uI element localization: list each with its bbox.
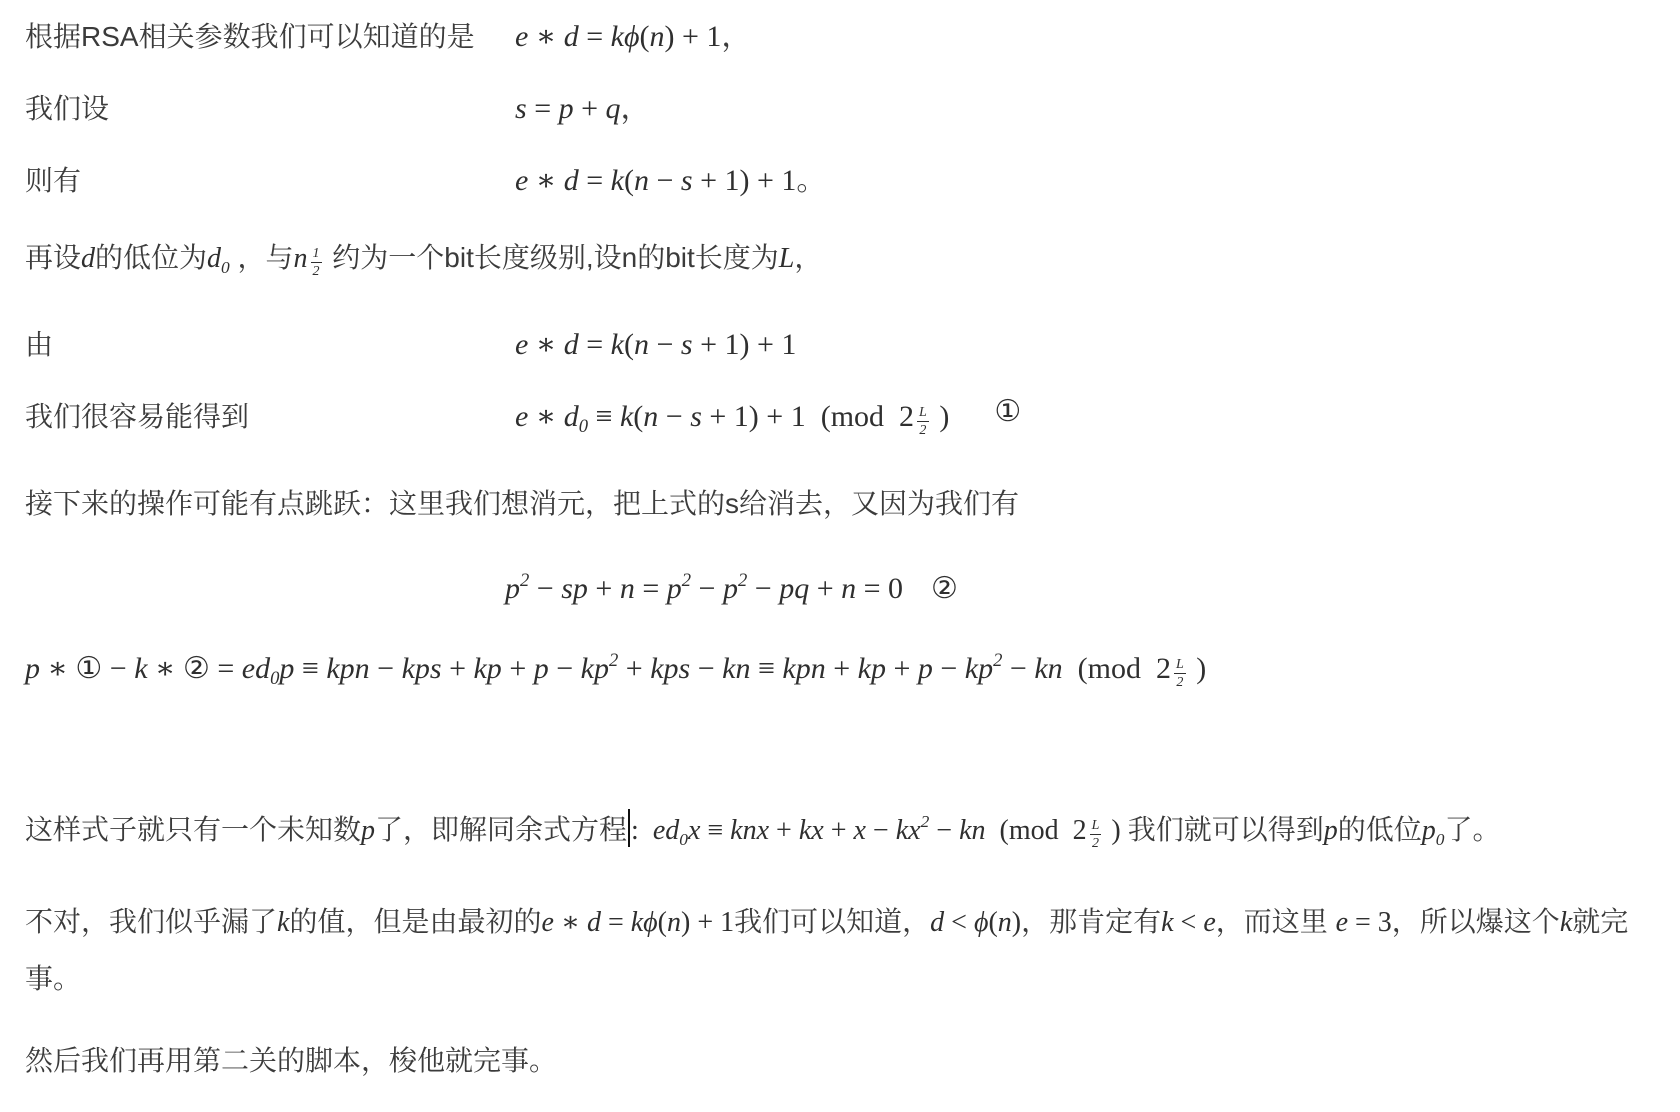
math-operator: ≡: [294, 652, 326, 685]
math-variable: d: [564, 20, 579, 53]
fraction-denominator: 2: [313, 263, 320, 279]
text-run: 的低位: [1338, 814, 1422, 845]
math-variable: q: [606, 92, 621, 125]
math-expression: p2 − sp + n = p2 − p2 − pq + n = 0: [505, 572, 903, 605]
math-operator: + 1) + 1 (mod 2: [702, 400, 914, 433]
math-operator: −: [649, 164, 681, 197]
math-operator: ∗: [148, 652, 183, 685]
text-run: 约为一个bit长度级别,设n的bit长度为: [325, 242, 779, 273]
formula-label: 我们设: [25, 86, 515, 132]
equation-ref-icon: ①: [75, 652, 102, 685]
math-operator: + 1) + 1: [693, 328, 797, 361]
math-variable: e: [1203, 907, 1215, 938]
math-variable: p: [1422, 815, 1436, 846]
math-subscript: 0: [679, 830, 688, 849]
math-variable: d: [564, 400, 579, 433]
text-run: 。: [796, 164, 826, 197]
math-operator: =: [579, 164, 611, 197]
formula-label: 根据RSA相关参数我们可以知道的是: [25, 14, 515, 60]
math-operator: (mod 2: [1063, 652, 1171, 685]
math-variable: kpn: [782, 652, 825, 685]
paragraph: 再设d的低位为d0 ，与n12 约为一个bit长度级别,设n的bit长度为L，: [25, 230, 1655, 296]
math-operator: (mod 2: [986, 815, 1087, 846]
math-variable: n: [998, 907, 1012, 938]
display-equation: p2 − sp + n = p2 − p2 − pq + n = 0②: [25, 558, 1655, 612]
text-run: 了。: [1444, 814, 1500, 845]
math-variable: p: [534, 652, 549, 685]
fraction-denominator: 2: [1092, 835, 1099, 851]
text-run: 然后我们再用第二关的脚本，梭他就完事。: [25, 1045, 557, 1076]
formula-row: 则有e ∗ d = k(n − s + 1) + 1。: [25, 158, 1655, 204]
text-run: 接下来的操作可能有点跳跃：这里我们想消元，把上式的s给消去，又因为我们有: [25, 488, 1019, 519]
math-subscript: 0: [579, 416, 588, 437]
math-variable: ϕ: [643, 907, 658, 938]
math-operator: −: [933, 652, 965, 685]
math-operator: ) + 1: [681, 907, 734, 938]
math-variable: d: [587, 907, 601, 938]
math-operator: = 3: [1348, 907, 1392, 938]
text-run: ，: [794, 242, 822, 273]
math-variable: n: [841, 572, 856, 605]
text-run: 的低位为: [95, 242, 207, 273]
math-variable: d: [564, 328, 579, 361]
math-operator: +: [588, 572, 620, 605]
math-operator: ): [1104, 815, 1127, 846]
math-operator: −: [102, 652, 134, 685]
math-variable: kn: [1034, 652, 1062, 685]
math-operator: + 1) + 1: [693, 164, 797, 197]
formula-label: 我们很容易能得到: [25, 394, 515, 440]
math-variable: ed: [242, 652, 270, 685]
fraction-denominator: 2: [919, 422, 926, 438]
formula-label: 由: [25, 322, 515, 368]
math-variable: k: [611, 20, 624, 53]
math-variable: ed: [653, 815, 679, 846]
vertical-spacer: [25, 728, 1655, 794]
math-variable: e: [515, 20, 528, 53]
math-operator: ≡: [750, 652, 782, 685]
math-variable: kps: [402, 652, 442, 685]
math-operator: =: [635, 572, 667, 605]
math-variable: p: [25, 652, 40, 685]
math-variable: sp: [561, 572, 588, 605]
fraction-numerator: L: [1174, 657, 1186, 674]
math-operator: −: [690, 652, 722, 685]
math-operator: −: [866, 815, 896, 846]
fraction-numerator: L: [917, 405, 929, 422]
paragraph: 接下来的操作可能有点跳跃：这里我们想消元，把上式的s给消去，又因为我们有: [25, 476, 1655, 532]
math-variable: k: [1161, 907, 1173, 938]
text-cursor: [628, 809, 630, 847]
formula-row: 我们很容易能得到e ∗ d0 ≡ k(n − s + 1) + 1 (mod 2…: [25, 394, 1655, 450]
text-run: 不对，我们似乎漏了: [25, 906, 277, 937]
math-expression: e ∗ d = k(n − s + 1) + 1。: [515, 158, 826, 204]
text-run: ，而这里: [1216, 906, 1336, 937]
text-run: 的值，但是由最初的: [289, 906, 541, 937]
math-operator: ): [932, 400, 950, 433]
math-variable: s: [681, 164, 693, 197]
fraction-exponent: L2: [1174, 657, 1186, 691]
math-variable: p: [279, 652, 294, 685]
math-variable: d: [81, 243, 95, 274]
math-variable: kx: [896, 815, 921, 846]
math-operator: +: [826, 652, 858, 685]
math-variable: pq: [779, 572, 809, 605]
fraction-exponent: L2: [917, 405, 929, 439]
math-operator: ∗: [528, 328, 563, 361]
paragraph: 不对，我们似乎漏了k的值，但是由最初的e ∗ d = kϕ(n) + 1我们可以…: [25, 894, 1655, 1007]
math-operator: = 0: [856, 572, 903, 605]
math-variable: s: [515, 92, 527, 125]
math-superscript: 2: [682, 570, 691, 591]
math-superscript: 2: [921, 812, 930, 831]
formula-label: 则有: [25, 158, 515, 204]
math-operator: ∗: [528, 164, 563, 197]
math-operator: ): [1012, 907, 1021, 938]
math-variable: e: [541, 907, 553, 938]
text-run: 这样式子就只有一个未知数: [25, 814, 361, 845]
text-run: ，与: [230, 242, 294, 273]
math-operator: −: [529, 572, 561, 605]
math-operator: −: [658, 400, 690, 433]
equation-number: ①: [994, 394, 1021, 429]
math-operator: −: [691, 572, 723, 605]
math-operator: =: [601, 907, 631, 938]
formula-row: 由e ∗ d = k(n − s + 1) + 1: [25, 322, 1655, 368]
text-run: 再设: [25, 242, 81, 273]
math-variable: k: [1560, 907, 1572, 938]
math-operator: <: [944, 907, 974, 938]
math-expression: e ∗ d = k(n − s + 1) + 1: [515, 322, 796, 368]
text-run: ，: [721, 20, 751, 53]
math-operator: =: [527, 92, 559, 125]
math-operator: =: [579, 20, 611, 53]
math-variable: e: [1336, 907, 1348, 938]
math-operator: (: [633, 400, 643, 433]
math-variable: x: [853, 815, 865, 846]
math-variable: n: [643, 400, 658, 433]
math-variable: kx: [799, 815, 824, 846]
text-run: 我们可以知道，: [734, 906, 930, 937]
math-variable: ϕ: [974, 907, 989, 938]
math-superscript: 2: [520, 570, 529, 591]
math-operator: +: [618, 652, 650, 685]
math-variable: p: [723, 572, 738, 605]
paragraph: 这样式子就只有一个未知数p了，即解同余式方程: ed0x ≡ knx + kx …: [25, 794, 1655, 868]
math-variable: d: [930, 907, 944, 938]
math-variable: k: [277, 907, 289, 938]
math-operator: −: [747, 572, 779, 605]
math-operator: ∗: [528, 400, 563, 433]
math-operator: +: [769, 815, 799, 846]
math-operator: ∗: [554, 907, 587, 938]
text-run: ，那肯定有: [1021, 906, 1161, 937]
math-variable: p: [361, 815, 375, 846]
math-variable: p: [1324, 815, 1338, 846]
math-variable: n: [634, 328, 649, 361]
math-operator: (: [624, 328, 634, 361]
math-operator: =: [579, 328, 611, 361]
text-run: ，所以爆这个: [1392, 906, 1560, 937]
math-operator: +: [809, 572, 841, 605]
math-variable: kpn: [326, 652, 369, 685]
math-variable: ϕ: [624, 20, 640, 53]
math-operator: −: [649, 328, 681, 361]
math-variable: k: [620, 400, 633, 433]
text-run: 我们就可以得到: [1128, 814, 1324, 845]
fraction-numerator: L: [1090, 818, 1102, 835]
text-run: ，: [621, 92, 651, 125]
math-variable: p: [505, 572, 520, 605]
math-operator: =: [210, 652, 242, 685]
math-operator: +: [824, 815, 854, 846]
math-variable: s: [681, 328, 693, 361]
math-variable: kn: [959, 815, 985, 846]
math-variable: p: [918, 652, 933, 685]
math-variable: kp: [858, 652, 886, 685]
math-operator: ) + 1: [665, 20, 722, 53]
math-variable: knx: [730, 815, 769, 846]
math-variable: n: [634, 164, 649, 197]
math-variable: p: [667, 572, 682, 605]
math-operator: +: [502, 652, 534, 685]
math-variable: n: [294, 243, 308, 274]
fraction-numerator: 1: [311, 246, 322, 263]
math-operator: ∗: [528, 20, 563, 53]
math-variable: e: [515, 400, 528, 433]
fraction-exponent: L2: [1090, 818, 1102, 852]
math-variable: s: [690, 400, 702, 433]
math-operator: ≡: [588, 400, 620, 433]
math-variable: n: [620, 572, 635, 605]
math-expression: s = p + q，: [515, 86, 651, 132]
math-variable: e: [515, 328, 528, 361]
math-operator: −: [929, 815, 959, 846]
math-operator: :: [631, 815, 653, 846]
formula-row: 我们设s = p + q，: [25, 86, 1655, 132]
math-variable: n: [650, 20, 665, 53]
math-operator: −: [549, 652, 581, 685]
math-expression: e ∗ d = kϕ(n) + 1，: [515, 14, 751, 60]
formula-row: 根据RSA相关参数我们可以知道的是e ∗ d = kϕ(n) + 1，: [25, 14, 1655, 60]
math-operator: +: [442, 652, 474, 685]
document-canvas[interactable]: 根据RSA相关参数我们可以知道的是e ∗ d = kϕ(n) + 1，我们设s …: [0, 0, 1680, 1089]
math-variable: kp: [581, 652, 609, 685]
text-run: 了，即解同余式方程: [375, 814, 627, 845]
math-variable: kp: [965, 652, 993, 685]
paragraph: 然后我们再用第二关的脚本，梭他就完事。: [25, 1033, 1655, 1089]
math-variable: p: [559, 92, 574, 125]
math-operator: +: [886, 652, 918, 685]
math-superscript: 2: [609, 650, 618, 671]
math-operator: ): [1189, 652, 1207, 685]
math-operator: (: [658, 907, 667, 938]
math-variable: kn: [722, 652, 750, 685]
math-subscript: 0: [221, 258, 230, 277]
math-variable: d: [207, 243, 221, 274]
math-operator: −: [1002, 652, 1034, 685]
math-variable: e: [515, 164, 528, 197]
math-operator: (: [640, 20, 650, 53]
math-variable: k: [631, 907, 643, 938]
math-variable: kp: [473, 652, 501, 685]
math-operator: ≡: [700, 815, 730, 846]
math-expression: e ∗ d0 ≡ k(n − s + 1) + 1 (mod 2L2 ): [515, 394, 949, 450]
equation-number: ②: [931, 572, 958, 605]
math-variable: d: [564, 164, 579, 197]
math-operator: ∗: [40, 652, 75, 685]
math-expression: p ∗ ① − k ∗ ② = ed0p ≡ kpn − kps + kp + …: [25, 652, 1206, 685]
math-subscript: 0: [270, 668, 279, 689]
math-variable: k: [611, 328, 624, 361]
math-operator: <: [1174, 907, 1204, 938]
fraction-denominator: 2: [1176, 674, 1183, 690]
math-variable: kps: [650, 652, 690, 685]
math-operator: (: [624, 164, 634, 197]
math-variable: x: [688, 815, 700, 846]
math-variable: k: [611, 164, 624, 197]
fraction-exponent: 12: [311, 246, 322, 280]
math-operator: −: [370, 652, 402, 685]
math-variable: L: [779, 243, 795, 274]
math-operator: (: [988, 907, 997, 938]
math-variable: n: [667, 907, 681, 938]
display-equation: p ∗ ① − k ∗ ② = ed0p ≡ kpn − kps + kp + …: [25, 638, 1655, 702]
math-superscript: 2: [738, 570, 747, 591]
equation-ref-icon: ②: [183, 652, 210, 685]
math-operator: +: [574, 92, 606, 125]
math-variable: k: [134, 652, 147, 685]
